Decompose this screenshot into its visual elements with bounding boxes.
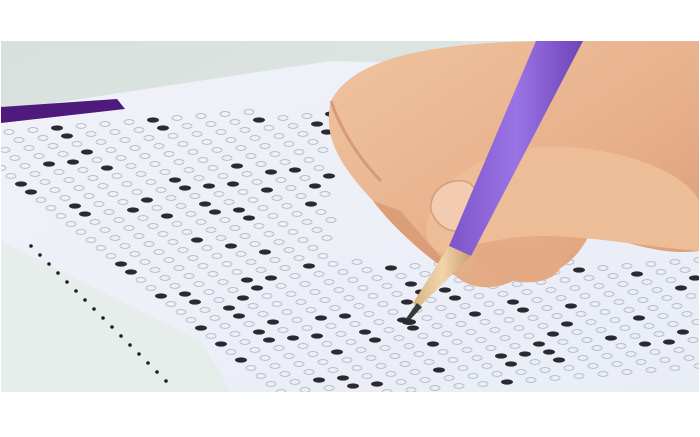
row-marker-dot: [146, 361, 150, 365]
filled-bubble: [543, 349, 555, 354]
filled-bubble: [67, 159, 79, 164]
filled-bubble: [369, 337, 381, 342]
filled-bubble: [631, 271, 643, 276]
filled-bubble: [639, 341, 651, 346]
filled-bubble: [101, 165, 113, 170]
filled-bubble: [401, 299, 413, 304]
filled-bubble: [203, 183, 215, 188]
filled-bubble: [309, 183, 321, 188]
filled-bubble: [633, 315, 645, 320]
row-marker-dot: [110, 325, 114, 329]
filled-bubble: [15, 181, 27, 186]
filled-bubble: [161, 213, 173, 218]
filled-bubble: [251, 285, 263, 290]
row-marker-dot: [47, 262, 51, 266]
filled-bubble: [287, 335, 299, 340]
filled-bubble: [265, 169, 277, 174]
answer-sheet-photo: Hand holding a purple pencil filling in …: [1, 41, 699, 392]
filled-bubble: [433, 367, 445, 372]
filled-bubble: [517, 307, 529, 312]
filled-bubble: [253, 117, 265, 122]
filled-bubble: [225, 243, 237, 248]
filled-bubble: [179, 185, 191, 190]
filled-bubble: [215, 341, 227, 346]
filled-bubble: [323, 173, 335, 178]
filled-bubble: [233, 313, 245, 318]
filled-bubble: [265, 275, 277, 280]
filled-bubble: [449, 295, 461, 300]
filled-bubble: [157, 125, 169, 130]
filled-bubble: [519, 351, 531, 356]
row-marker-dot: [164, 379, 168, 383]
filled-bubble: [371, 381, 383, 386]
filled-bubble: [169, 177, 181, 182]
filled-bubble: [311, 333, 323, 338]
filled-bubble: [191, 237, 203, 242]
filled-bubble: [209, 209, 221, 214]
filled-bubble: [337, 375, 349, 380]
photo-canvas: [1, 41, 699, 392]
filled-bubble: [231, 163, 243, 168]
filled-bubble: [261, 187, 273, 192]
filled-bubble: [141, 197, 153, 202]
row-marker-dot: [92, 307, 96, 311]
row-marker-dot: [83, 298, 87, 302]
filled-bubble: [339, 313, 351, 318]
filled-bubble: [305, 201, 317, 206]
row-marker-dot: [119, 334, 123, 338]
row-marker-dot: [155, 370, 159, 374]
filled-bubble: [289, 167, 301, 172]
filled-bubble: [427, 341, 439, 346]
filled-bubble: [663, 339, 675, 344]
filled-bubble: [223, 305, 235, 310]
filled-bubble: [51, 125, 63, 130]
filled-bubble: [263, 337, 275, 342]
row-marker-dot: [65, 280, 69, 284]
filled-bubble: [405, 281, 417, 286]
filled-bubble: [533, 341, 545, 346]
filled-bubble: [313, 377, 325, 382]
filled-bubble: [147, 117, 159, 122]
filled-bubble: [241, 277, 253, 282]
filled-bubble: [385, 265, 397, 270]
filled-bubble: [311, 121, 323, 126]
filled-bubble: [243, 215, 255, 220]
filled-bubble: [501, 379, 513, 384]
filled-bubble: [507, 299, 519, 304]
filled-bubble: [81, 149, 93, 154]
filled-bubble: [61, 133, 73, 138]
filled-bubble: [573, 267, 585, 272]
filled-bubble: [127, 207, 139, 212]
filled-bubble: [407, 325, 419, 330]
filled-bubble: [675, 285, 687, 290]
filled-bubble: [69, 203, 81, 208]
filled-bubble: [227, 181, 239, 186]
row-marker-dot: [101, 316, 105, 320]
filled-bubble: [469, 311, 481, 316]
filled-bubble: [303, 263, 315, 268]
filled-bubble: [561, 321, 573, 326]
filled-bubble: [439, 287, 451, 292]
filled-bubble: [359, 329, 371, 334]
filled-bubble: [677, 329, 689, 334]
row-marker-dot: [56, 271, 60, 275]
row-marker-dot: [29, 244, 33, 248]
filled-bubble: [267, 319, 279, 324]
filled-bubble: [605, 335, 617, 340]
filled-bubble: [315, 315, 327, 320]
filled-bubble: [495, 353, 507, 358]
filled-bubble: [43, 161, 55, 166]
filled-bubble: [553, 357, 565, 362]
filled-bubble: [331, 349, 343, 354]
pencil-mark: [402, 319, 416, 325]
filled-bubble: [199, 201, 211, 206]
filled-bubble: [115, 261, 127, 266]
filled-bubble: [189, 299, 201, 304]
filled-bubble: [547, 331, 559, 336]
filled-bubble: [125, 269, 137, 274]
filled-bubble: [565, 303, 577, 308]
filled-bubble: [505, 361, 517, 366]
filled-bubble: [259, 249, 271, 254]
filled-bubble: [347, 383, 359, 388]
filled-bubble: [179, 291, 191, 296]
filled-bubble: [79, 211, 91, 216]
filled-bubble: [235, 357, 247, 362]
filled-bubble: [237, 295, 249, 300]
filled-bubble: [253, 329, 265, 334]
filled-bubble: [233, 207, 245, 212]
row-marker-dot: [128, 343, 132, 347]
filled-bubble: [195, 325, 207, 330]
row-marker-dot: [74, 289, 78, 293]
row-marker-dot: [38, 253, 42, 257]
filled-bubble: [155, 293, 167, 298]
row-marker-dot: [137, 352, 141, 356]
filled-bubble: [25, 189, 37, 194]
